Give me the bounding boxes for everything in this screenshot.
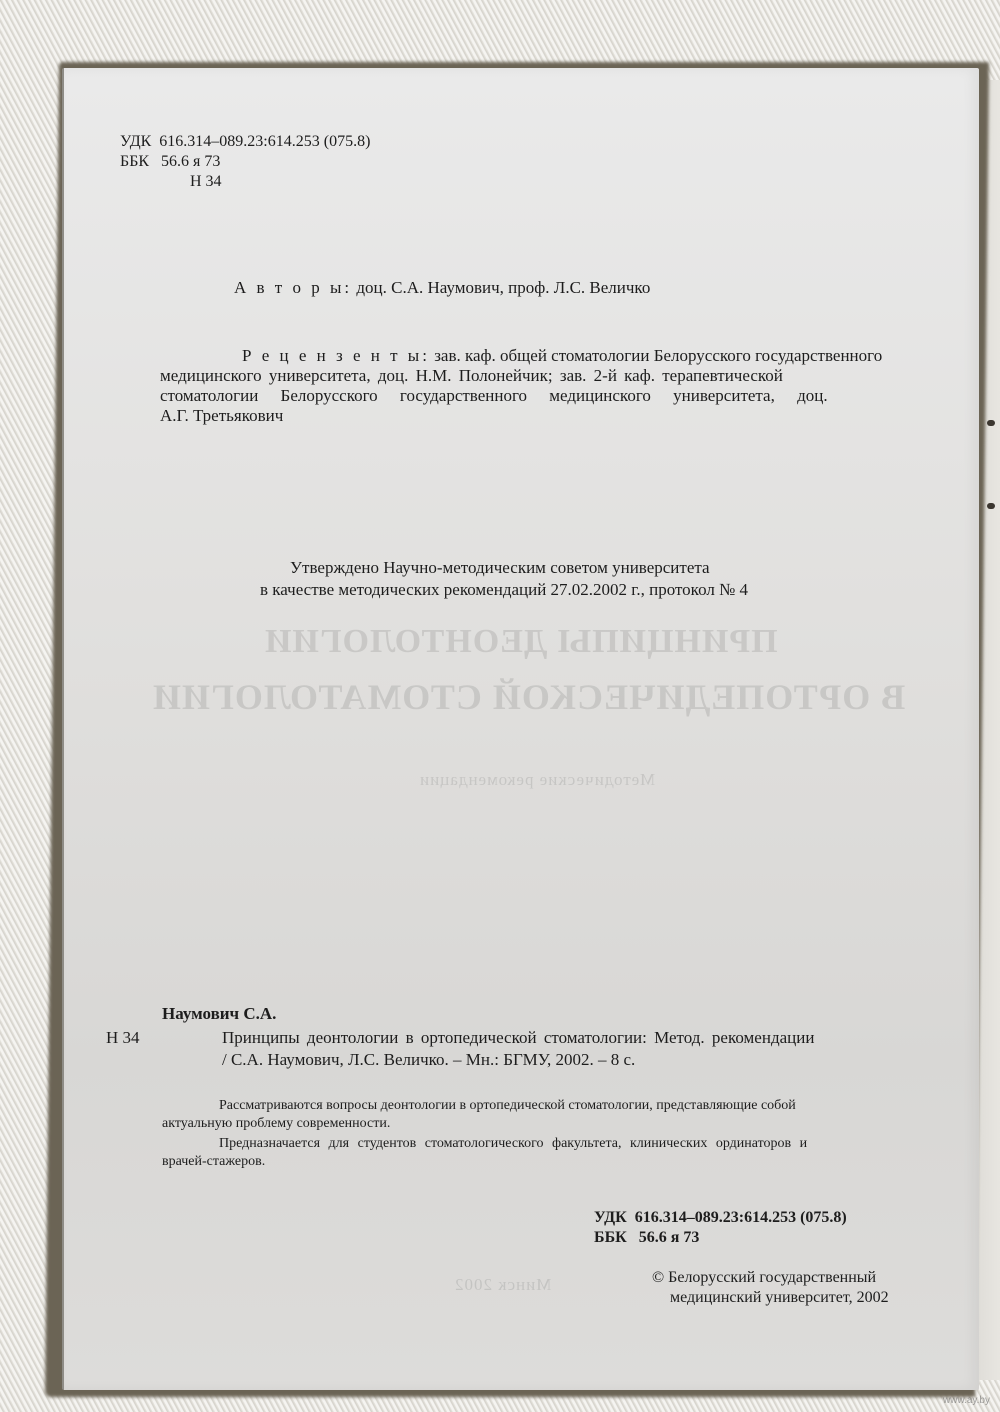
udk-label: УДК [120,133,151,150]
udk-top: УДК 616.314–089.23:614.253 (075.8) [120,132,370,152]
bbk-value: 56.6 я 73 [161,153,220,170]
bbk-top: ББК 56.6 я 73 [120,152,220,172]
author-mark-bottom: Н 34 [106,1028,140,1048]
bbk-label: ББК [120,153,149,170]
authors-line: А в т о р ы: доц. С.А. Наумович, проф. Л… [234,278,650,298]
reviewers-line-2: медицинского университета, доц. Н.М. Пол… [160,366,783,386]
bbk-value: 56.6 я 73 [639,1229,700,1246]
staple-bottom [987,503,995,509]
udk-bottom: УДК 616.314–089.23:614.253 (075.8) [594,1208,847,1228]
udk-value: 616.314–089.23:614.253 (075.8) [635,1209,847,1226]
copyright-line-2: медицинский университет, 2002 [670,1288,889,1308]
copyright-line-1: © Белорусский государственный [652,1268,876,1288]
watermark: www.ay.by [943,1395,990,1406]
approval-line-1: Утверждено Научно-методическим советом у… [290,558,710,578]
authors-label: А в т о р ы: [234,278,352,297]
show-through-subtitle: Методические рекомендации [419,770,655,790]
reviewers-label: Р е ц е н з е н т ы: [242,346,430,365]
reviewers-line-1: Р е ц е н з е н т ы: зав. каф. общей сто… [242,346,882,366]
annotation-1-line-1: Рассматриваются вопросы деонтологии в ор… [219,1096,796,1116]
udk-label: УДК [594,1209,627,1226]
bbk-bottom: ББК 56.6 я 73 [594,1228,699,1248]
reviewers-line-3: стоматологии Белорусского государственно… [160,386,828,406]
bibliographic-line-2: / С.А. Наумович, Л.С. Величко. – Мн.: БГ… [222,1050,635,1070]
bibliographic-line-1: Принципы деонтологии в ортопедической ст… [222,1028,814,1048]
udk-value: 616.314–089.23:614.253 (075.8) [159,133,370,150]
show-through-title-1: ПРИНЦИПЫ ДЕОНТОЛОГИИ [264,623,778,661]
bibliographic-heading: Наумович С.А. [162,1004,276,1024]
show-through-title-2: В ОРТОПЕДИЧЕСКОЙ СТОМАТОЛОГИИ [152,676,905,718]
staple-top [987,420,995,426]
author-mark-top: Н 34 [190,172,222,192]
document-page: ПРИНЦИПЫ ДЕОНТОЛОГИИ В ОРТОПЕДИЧЕСКОЙ СТ… [62,68,979,1390]
annotation-2-line-1: Предназначается для студентов стоматолог… [219,1134,807,1154]
reviewers-line-4: А.Г. Третьякович [160,406,283,426]
show-through-city-year: Минск 2002 [454,1275,551,1295]
annotation-1-line-2: актуальную проблему современности. [162,1114,390,1134]
reviewers-text-1: зав. каф. общей стоматологии Белорусског… [434,346,882,365]
annotation-2-line-2: врачей-стажеров. [162,1152,265,1172]
bbk-label: ББК [594,1229,627,1246]
approval-line-2: в качестве методических рекомендаций 27.… [260,580,748,600]
authors-text: доц. С.А. Наумович, проф. Л.С. Величко [356,278,650,297]
